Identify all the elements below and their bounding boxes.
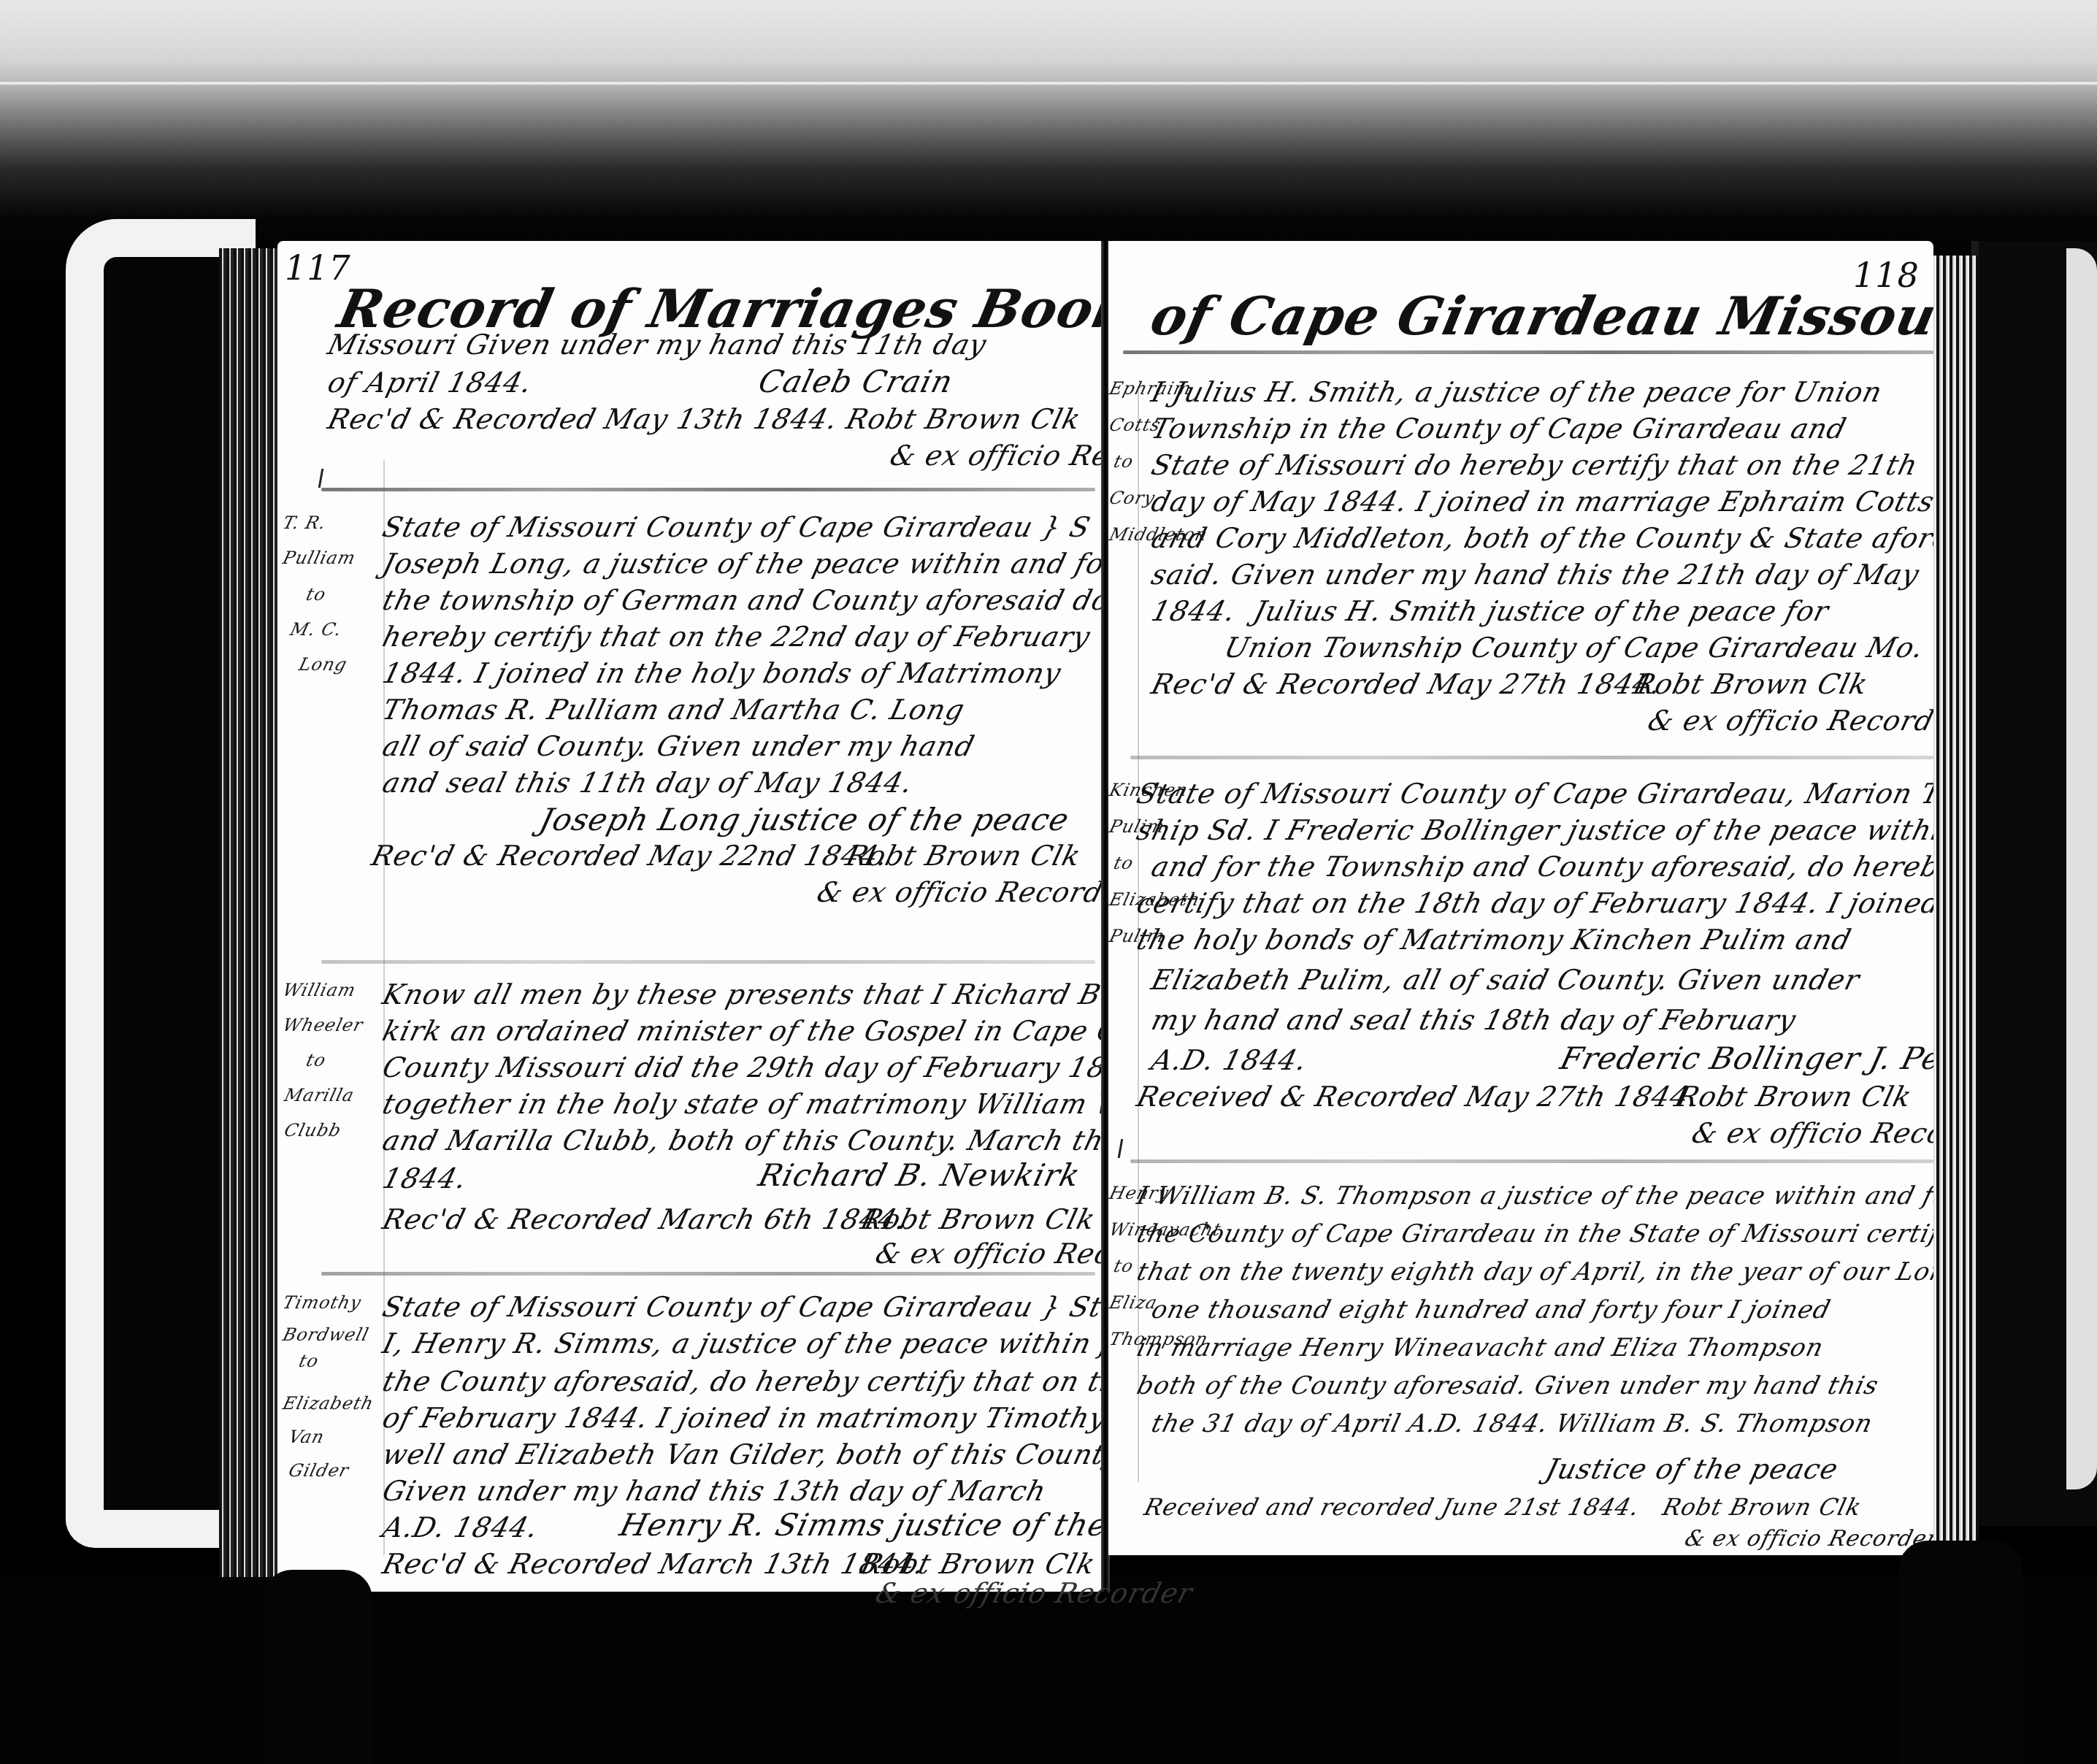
recorded-line: Rec'd & Recorded March 13th 1844. [380, 1548, 929, 1580]
entry-line: Know all men by these presents that I Ri… [380, 978, 1103, 1011]
entry-line: hereby certify that on the 22nd day of F… [380, 621, 1094, 653]
clerk-signature: Robt Brown Clk [843, 403, 1084, 435]
left-page: 117 Record of Marriages Book B County Mi… [277, 241, 1103, 1592]
entry-line: County Missouri did the 29th day of Febr… [380, 1051, 1103, 1084]
entry-divider [321, 488, 1095, 491]
margin-note: to [1112, 1256, 1136, 1276]
entry-line: in marriage Henry Wineavacht and Eliza T… [1134, 1333, 1827, 1362]
clerk-title: & ex officio Recorder [814, 876, 1103, 908]
entry-line: ship Sd. I Frederic Bollinger justice of… [1134, 814, 1933, 846]
recorded-line: Received & Recorded May 27th 1844. [1134, 1081, 1703, 1113]
page-edges-right [1928, 256, 1979, 1570]
entry-line: certify that on the 18th day of February… [1134, 887, 1933, 919]
entry-line: and seal this 11th day of May 1844. [380, 767, 916, 799]
recorded-line: Rec'd & Recorded March 6th 1844. [380, 1203, 911, 1235]
margin-note: to [304, 1050, 329, 1070]
entry-line: Missouri Given under my hand this 11th d… [325, 329, 991, 361]
margin-note: Elizabeth [281, 1393, 376, 1414]
clerk-signature: Robt Brown Clk [843, 840, 1084, 872]
entry-line: both of the County aforesaid. Given unde… [1134, 1371, 1882, 1400]
entry-line: Thomas R. Pulliam and Martha C. Long [380, 694, 969, 726]
entry-line: A.D. 1844. [1149, 1044, 1311, 1076]
entry-line: the County of Cape Girardeau in the Stat… [1134, 1219, 1933, 1249]
entry-line: Given under my hand this 13th day of Mar… [380, 1475, 1050, 1507]
recorded-line: Rec'd & Recorded May 27th 1844. [1149, 668, 1665, 700]
entry-line: well and Elizabeth Van Gilder, both of t… [380, 1438, 1103, 1470]
page-edges-left [219, 248, 277, 1577]
signature: Caleb Crain [755, 364, 957, 399]
entry-line: together in the holy state of matrimony … [380, 1088, 1103, 1120]
clerk-title: & ex officio Recorder [873, 1238, 1103, 1270]
margin-note: Pulliam [281, 548, 359, 568]
margin-note: Wheeler [281, 1015, 366, 1035]
signature: Julius H. Smith justice of the peace for [1251, 595, 1833, 627]
margin-note: Bordwell [281, 1324, 372, 1345]
signature: Justice of the peace [1543, 1453, 1842, 1485]
clerk-signature: Robt Brown Clk [858, 1203, 1099, 1235]
entry-line: day of May 1844. I joined in marriage Ep… [1149, 486, 1933, 518]
margin-note: to [297, 1351, 321, 1371]
margin-note: to [1112, 451, 1136, 472]
right-page: 118 of Cape Girardeau Missouri 1844. Eph… [1108, 241, 1933, 1555]
entry-line: my hand and seal this 18th day of Februa… [1149, 1004, 1800, 1036]
clerk-signature: Robt Brown Clk [858, 1548, 1099, 1580]
entry-line: and for the Township and County aforesai… [1149, 851, 1933, 883]
page-clip-right [1898, 1541, 2023, 1764]
clerk-title: & ex officio Recorder [1682, 1526, 1933, 1552]
margin-note: Van [287, 1427, 327, 1447]
signature: Joseph Long justice of the peace [536, 802, 1073, 837]
entry-line: A.D. 1844. [380, 1511, 543, 1543]
margin-note: Clubb [283, 1120, 344, 1140]
entry-line: the township of German and County afores… [380, 584, 1103, 616]
clerk-title: & ex officio Recorder [887, 440, 1103, 472]
recorded-line: Received and recorded June 21st 1844. [1141, 1493, 1642, 1521]
margin-note: to [304, 584, 329, 605]
entry-line: of April 1844. [325, 367, 536, 399]
page-clip-left [263, 1570, 372, 1764]
clerk-title: & ex officio Recorder [873, 1577, 1197, 1609]
heading-divider [1123, 350, 1933, 354]
entry-line: one thousand eight hundred and forty fou… [1149, 1295, 1834, 1324]
signature: Union Township County of Cape Girardeau … [1222, 632, 1928, 664]
entry-line: all of said County. Given under my hand [380, 730, 978, 762]
clerk-title: & ex officio Recorder [1645, 705, 1933, 737]
entry-line: the County aforesaid, do hereby certify … [380, 1365, 1103, 1397]
signature: Frederic Bollinger J. Peace [1557, 1040, 1933, 1076]
margin-note: Timothy [281, 1292, 364, 1313]
recorded-line: Rec'd & Recorded May 22nd 1844. [369, 840, 892, 872]
margin-note: M. C. [288, 619, 345, 640]
margin-note: T. R. [281, 513, 329, 533]
clerk-title: & ex officio Recorder [1689, 1117, 1933, 1149]
clerk-signature: Robt Brown Clk [1674, 1081, 1915, 1113]
entry-line: I, Henry R. Simms, a justice of the peac… [380, 1327, 1103, 1360]
margin-note: Marilla [283, 1085, 357, 1105]
entry-divider [1130, 756, 1933, 759]
margin-note: Long [297, 654, 350, 675]
entry-line: Township in the County of Cape Girardeau… [1149, 413, 1850, 445]
page-number: 117 [285, 248, 351, 288]
entry-line: said. Given under my hand this the 21th … [1149, 559, 1923, 591]
entry-line: of February 1844. I joined in matrimony … [380, 1402, 1103, 1434]
recorded-line: Rec'd & Recorded May 13th 1844. [325, 403, 842, 435]
entry-divider [321, 960, 1095, 964]
clerk-signature: Robt Brown Clk [1630, 668, 1871, 700]
check-mark [1118, 1139, 1124, 1158]
entry-line: State of Missouri County of Cape Girarde… [380, 1291, 1103, 1323]
entry-divider [321, 1272, 1095, 1276]
book-cover-right-edge [2066, 248, 2097, 1489]
entry-line: Joseph Long, a justice of the peace with… [380, 548, 1103, 580]
entry-line: I Julius H. Smith, a justice of the peac… [1149, 376, 1886, 408]
entry-line: State of Missouri do hereby certify that… [1149, 449, 1922, 481]
entry-line: State of Missouri County of Cape Girarde… [1134, 778, 1933, 810]
entry-line: Elizabeth Pulim, all of said County. Giv… [1149, 964, 1863, 996]
entry-line: and Cory Middleton, both of the County &… [1149, 522, 1933, 554]
entry-line: State of Missouri County of Cape Girarde… [380, 511, 1094, 543]
margin-note: William [281, 980, 359, 1000]
clerk-signature: Robt Brown Clk [1660, 1493, 1865, 1521]
entry-line: that on the twenty eighth day of April, … [1134, 1257, 1933, 1286]
entry-line: 1844. [1149, 595, 1240, 627]
entry-line: kirk an ordained minister of the Gospel … [380, 1015, 1103, 1047]
entry-line: 1844. I joined in the holy bonds of Matr… [380, 657, 1065, 689]
entry-line: I William B. S. Thompson a justice of th… [1134, 1181, 1933, 1211]
page-heading: of Cape Girardeau Missouri 1844. [1146, 285, 1933, 347]
margin-note: Gilder [287, 1460, 352, 1481]
margin-note: to [1112, 853, 1136, 873]
signature: Henry R. Simms justice of the peace [616, 1507, 1103, 1543]
check-mark [318, 469, 324, 488]
entry-line: the 31 day of April A.D. 1844. William B… [1149, 1409, 1876, 1438]
entry-divider [1130, 1159, 1933, 1163]
signature: Richard B. Newkirk [755, 1157, 1084, 1193]
entry-line: and Marilla Clubb, both of this County. … [380, 1124, 1103, 1157]
margin-note: Cory [1108, 488, 1157, 508]
entry-line: 1844. [380, 1162, 471, 1194]
entry-line: the holy bonds of Matrimony Kinchen Puli… [1134, 924, 1855, 956]
